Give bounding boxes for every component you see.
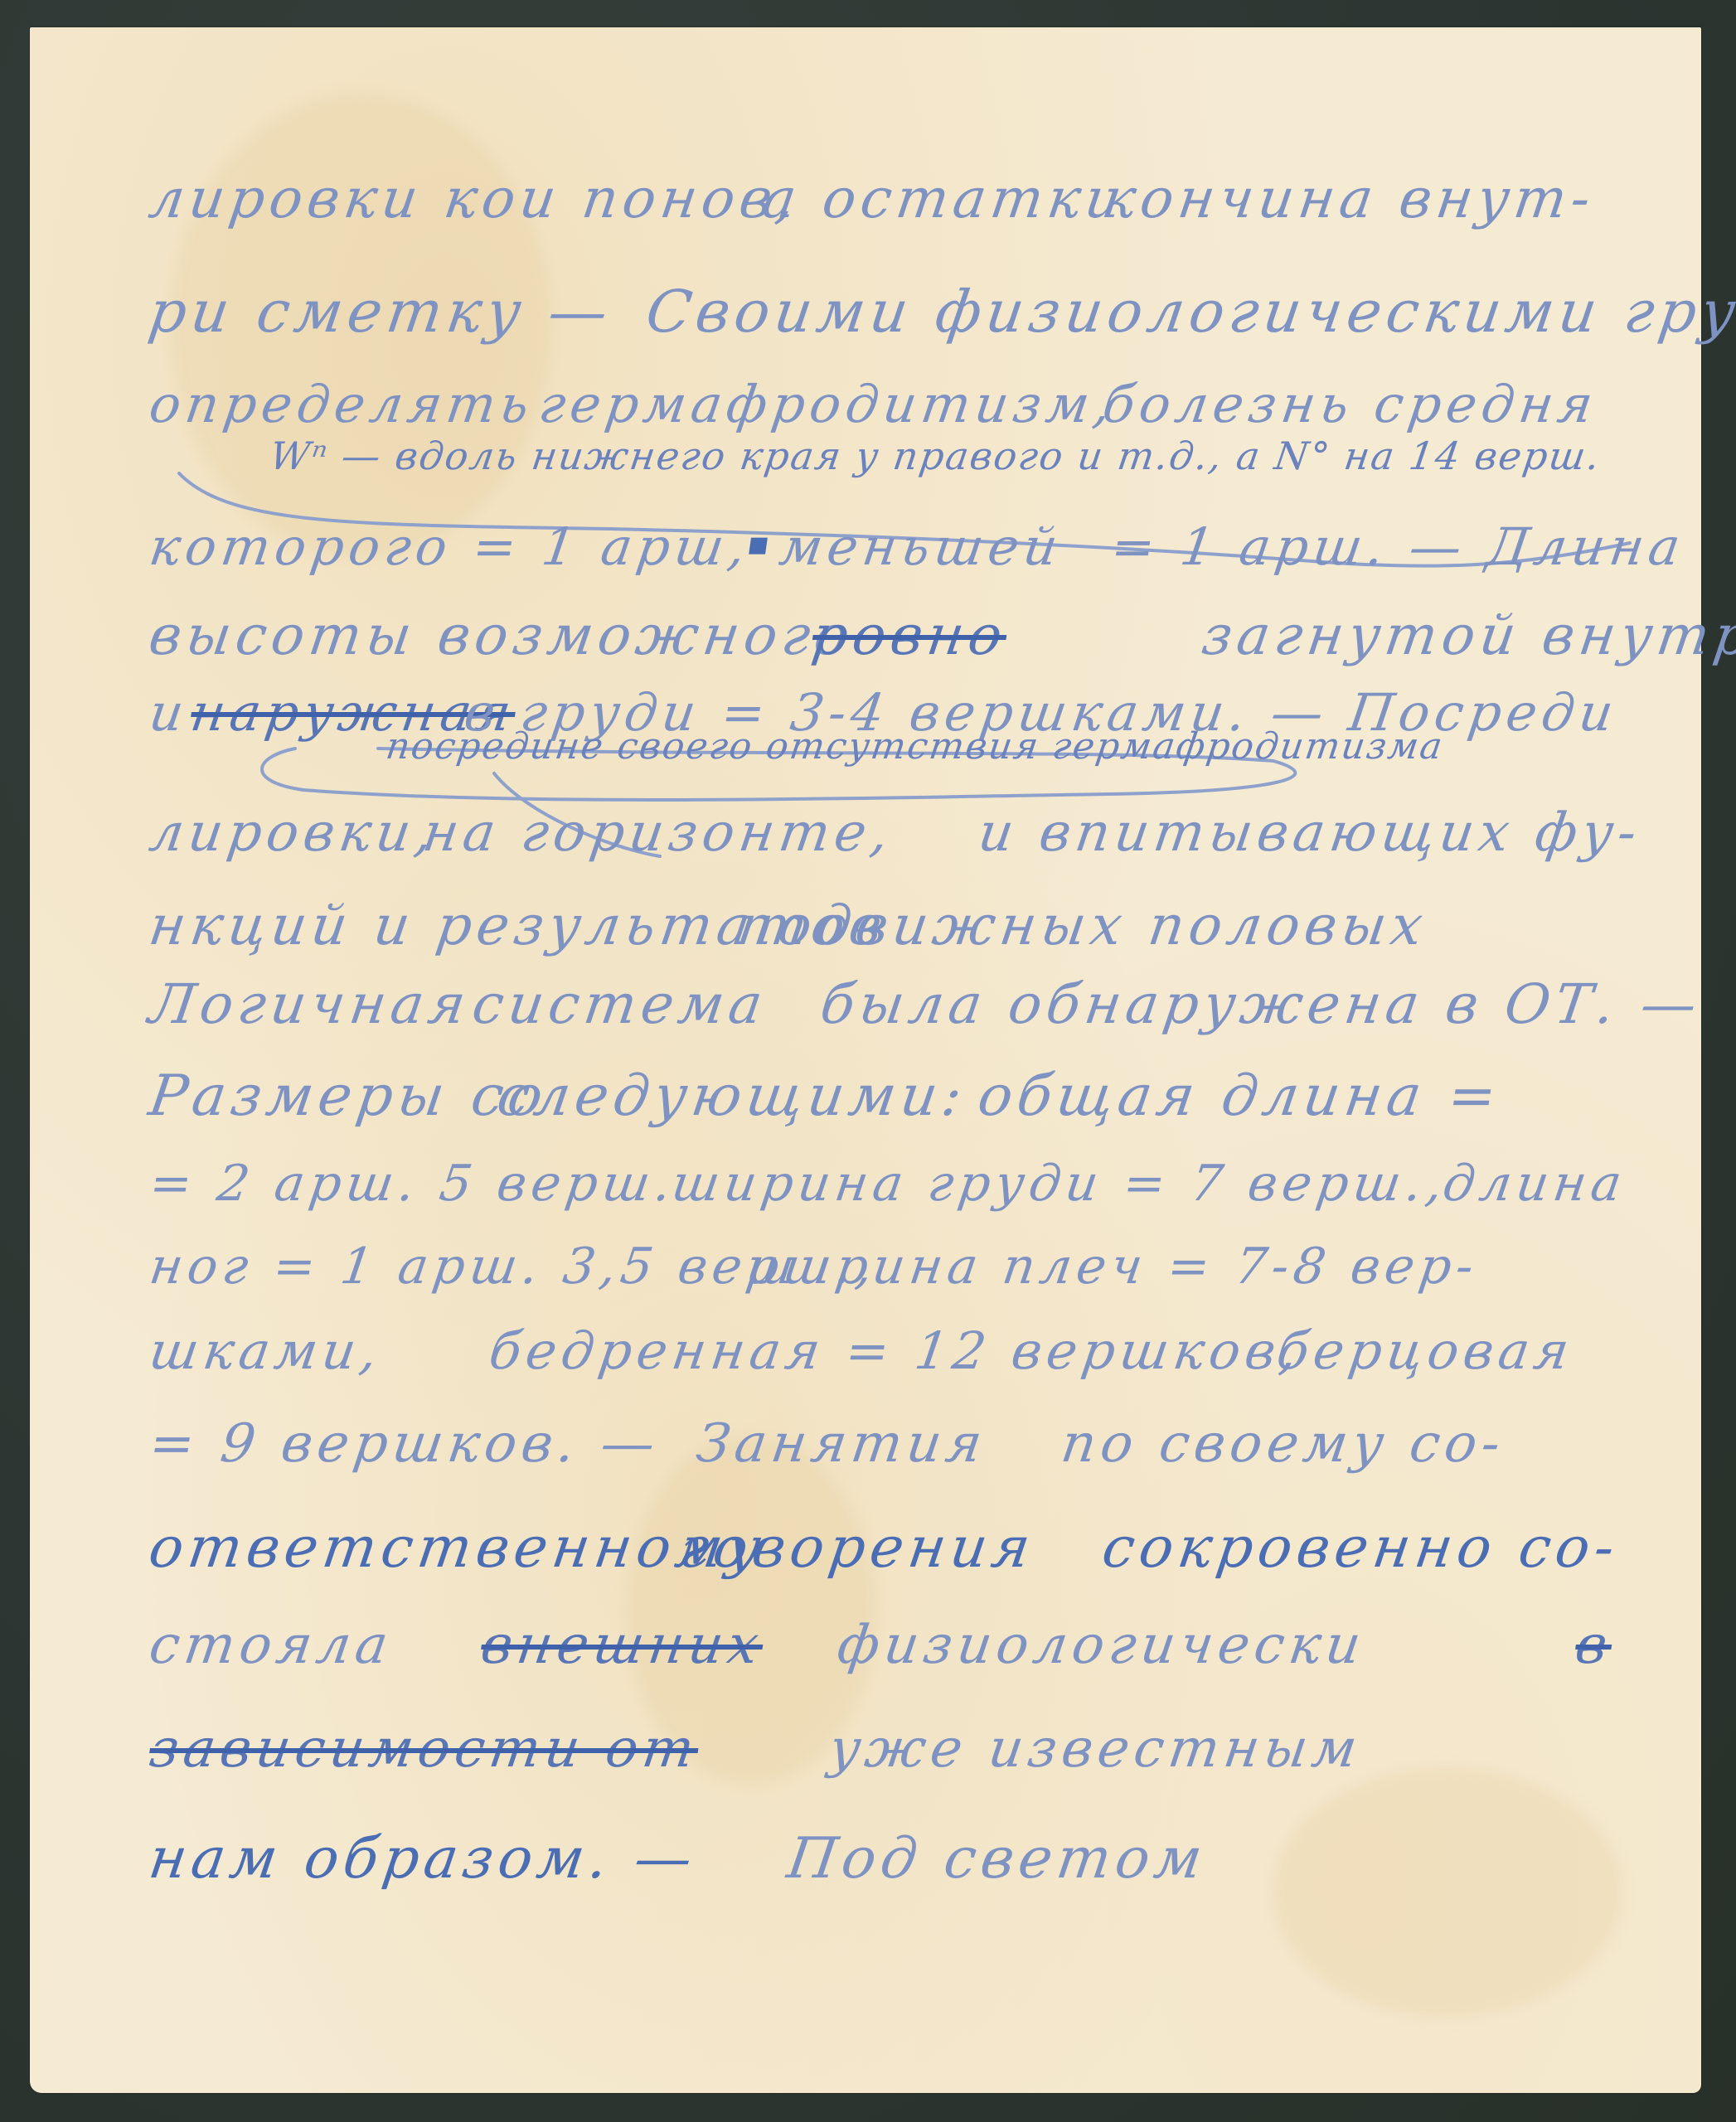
manuscript-page: лировки кои понов, а остатки кончина вну… bbox=[30, 27, 1701, 2093]
line-18-seg-2: Под светом bbox=[783, 1826, 1211, 1892]
line-3-seg-3: болезнь средня bbox=[1099, 374, 1602, 434]
line-16-seg-3: физиологически bbox=[834, 1615, 1370, 1676]
line-3-seg-2: гермафродитизм, bbox=[536, 374, 1120, 434]
line-16-struck-word-2: в bbox=[1572, 1615, 1617, 1676]
line-14-seg-1: = 9 вершков. — bbox=[146, 1413, 664, 1475]
line-7-seg-1: лировки, bbox=[146, 802, 442, 864]
line-15-seg-3: сокровенно со- bbox=[1098, 1515, 1623, 1581]
line-4-seg-3: = 1 арш. — Длина bbox=[1108, 516, 1689, 577]
line-16-seg-1: стояла bbox=[146, 1615, 397, 1676]
line-1-seg-1: лировки кои понов, bbox=[145, 167, 803, 230]
line-5-struck-word: ровно bbox=[808, 603, 1011, 667]
line-10-seg-3: общая длина = bbox=[974, 1063, 1506, 1129]
line-14-seg-2: Занятия bbox=[693, 1413, 991, 1475]
line-9-seg-2: система bbox=[468, 972, 771, 1036]
line-7-seg-3: и впитывающих фу- bbox=[975, 802, 1646, 864]
line-4-seg-1: которого = 1 арш, bbox=[146, 516, 754, 577]
line-18-seg-1: нам образом. — bbox=[145, 1826, 701, 1892]
line-3-seg-1: определять bbox=[146, 374, 538, 434]
line-7-seg-2: на горизонте, bbox=[419, 802, 898, 864]
interlinear-insertion-2: посредине своего отсутствия гермафродити… bbox=[383, 725, 1446, 768]
line-1-seg-3: кончина внут- bbox=[1098, 167, 1599, 230]
line-1-seg-2: а остатки bbox=[759, 167, 1130, 230]
line-17-seg-2: уже известным bbox=[826, 1718, 1366, 1780]
line-17-struck-phrase: зависимости от bbox=[146, 1718, 703, 1780]
line-11-seg-2: ширина груди = 7 верш., bbox=[668, 1155, 1451, 1213]
line-5-seg-1: высоты возможного bbox=[145, 603, 857, 667]
line-2-seg-2: Своими физиологическими груди bbox=[642, 278, 1736, 346]
line-15-seg-1: ответственному bbox=[145, 1515, 770, 1581]
paper-stain bbox=[1273, 1768, 1622, 2017]
line-13-seg-1: шками, bbox=[146, 1320, 386, 1381]
line-16-struck-word-1: внешних bbox=[478, 1615, 768, 1676]
line-4-seg-2: меньшей bbox=[776, 516, 1066, 577]
ink-blot-mark: ▪ bbox=[744, 525, 778, 563]
line-14-seg-3: по своему со- bbox=[1058, 1413, 1510, 1475]
line-15-seg-2: говорения bbox=[676, 1515, 1039, 1581]
line-9-seg-3: была обнаружена в ОТ. — bbox=[817, 972, 1705, 1036]
line-9-seg-1: Логичная bbox=[145, 972, 474, 1036]
line-13-seg-3: берцовая bbox=[1273, 1320, 1578, 1381]
line-11-seg-3: длина bbox=[1439, 1155, 1630, 1213]
line-5-seg-3: загнутой внутрь bbox=[1198, 603, 1736, 667]
line-6-seg-1: и bbox=[146, 682, 192, 743]
line-2-seg-1: ри сметку — bbox=[144, 278, 616, 346]
line-10-seg-2: следующими: bbox=[493, 1063, 971, 1129]
interlinear-insertion-1: Wⁿ — вдоль нижнего края у правого и т.д.… bbox=[267, 434, 1603, 478]
line-12-seg-2: ширина плеч = 7-8 вер- bbox=[743, 1238, 1482, 1296]
line-10-seg-1: Размеры со bbox=[145, 1063, 552, 1129]
line-11-seg-1: = 2 арш. 5 верш. bbox=[146, 1155, 680, 1213]
line-13-seg-2: бедренная = 12 вершков, bbox=[486, 1320, 1306, 1381]
line-8-seg-2: подвижных половых bbox=[734, 894, 1432, 957]
